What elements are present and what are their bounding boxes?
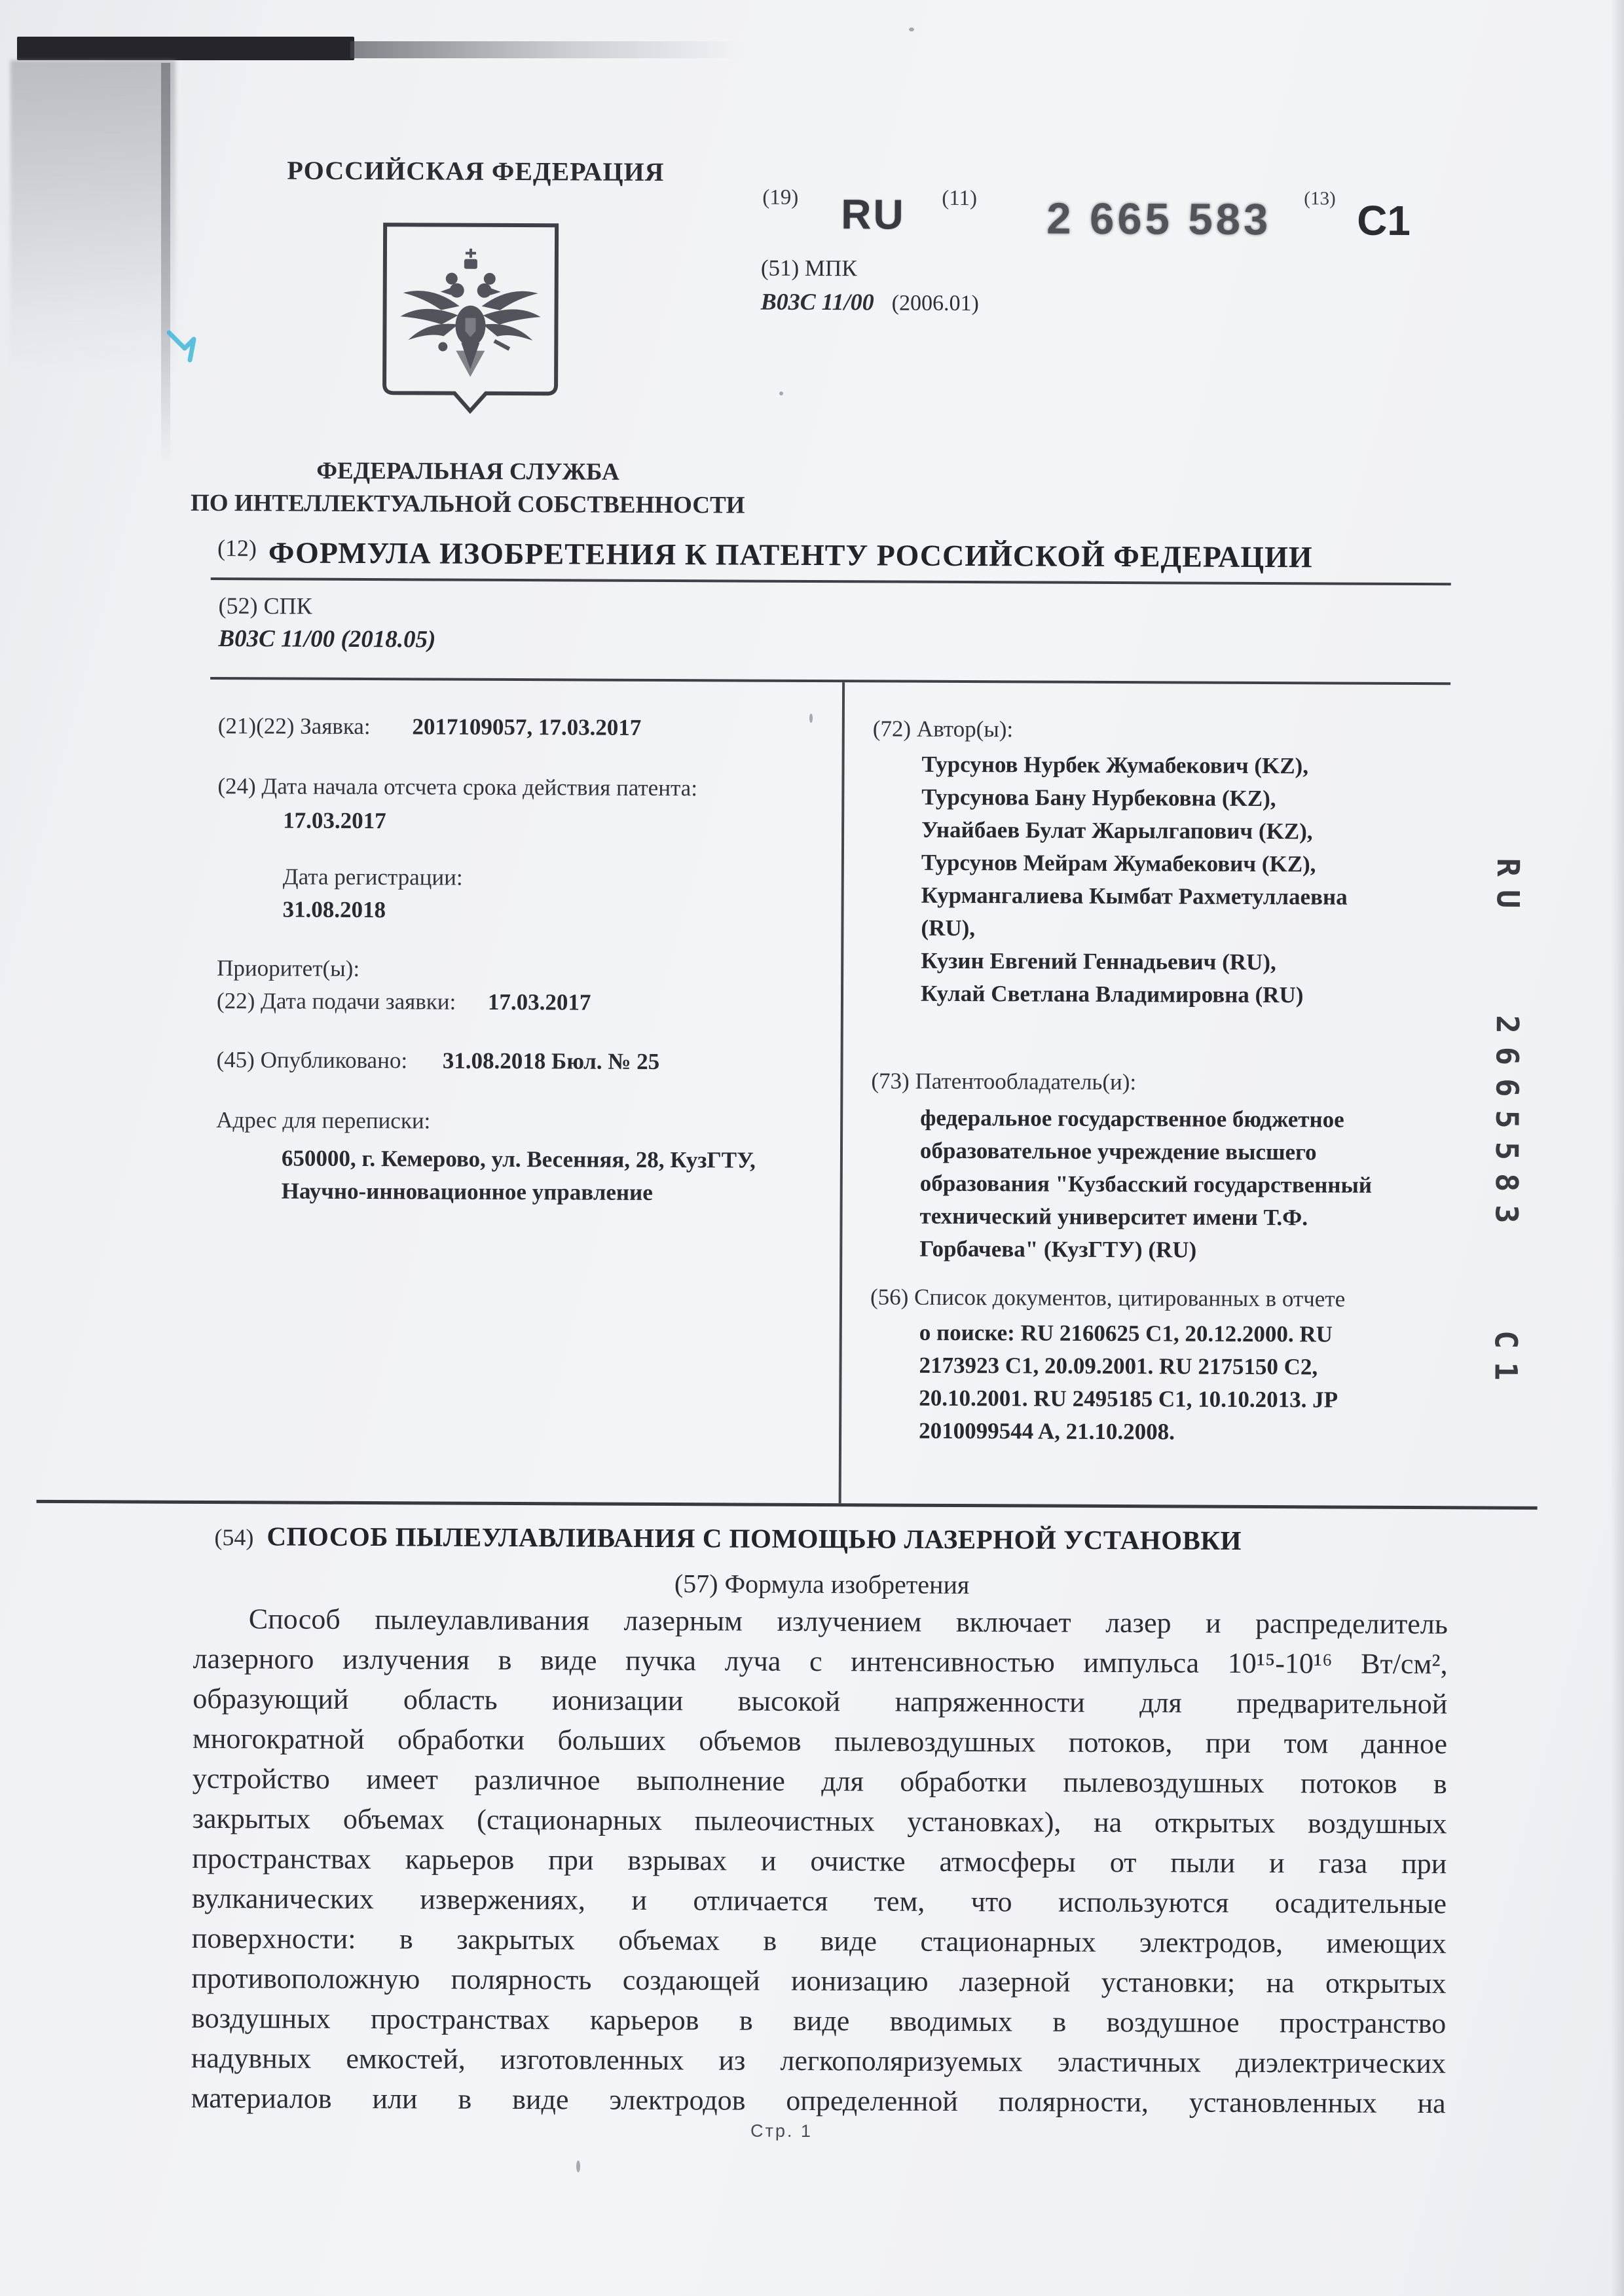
author-item: Курмангалиева Кымбат Рахметуллаевна bbox=[921, 879, 1348, 914]
formula-line: многократной обработки больших объемов п… bbox=[193, 1719, 1447, 1764]
registration-label: Дата регистрации: bbox=[283, 862, 463, 892]
ipc-class: B03C 11/00 bbox=[761, 289, 874, 316]
filing-row: (22) Дата подачи заявки: 17.03.2017 bbox=[217, 986, 591, 1017]
cited-line: 20.10.2001. RU 2495185 C1, 10.10.2013. J… bbox=[919, 1382, 1338, 1417]
filing-value: 17.03.2017 bbox=[488, 989, 591, 1015]
country-code: RU bbox=[841, 190, 906, 238]
address-line: 650000, г. Кемерово, ул. Весенняя, 28, К… bbox=[282, 1143, 756, 1175]
document-kind-title: (12) ФОРМУЛА ИЗОБРЕТЕНИЯ К ПАТЕНТУ РОССИ… bbox=[217, 534, 1462, 575]
inid-code-12: (12) bbox=[217, 535, 257, 561]
claims-body: Способ пылеулавливания лазерным излучени… bbox=[191, 1599, 1448, 2123]
claims-heading: (57) Формула изобретения bbox=[194, 1566, 1449, 1602]
patent-number: 2 665 583 bbox=[1046, 194, 1271, 245]
formula-line: устройство имеет различное выполнение дл… bbox=[193, 1758, 1447, 1804]
formula-line: материалов или в виде электродов определ… bbox=[191, 2078, 1446, 2123]
agency-title: ФЕДЕРАЛЬНАЯ СЛУЖБА ПО ИНТЕЛЛЕКТУАЛЬНОЙ С… bbox=[160, 454, 775, 522]
filing-label: (22) Дата подачи заявки: bbox=[217, 988, 456, 1015]
kind-code: C1 bbox=[1357, 196, 1411, 245]
country-title: РОССИЙСКАЯ ФЕДЕРАЦИЯ bbox=[286, 155, 665, 187]
horizontal-rule bbox=[37, 1500, 1538, 1510]
agency-line1: ФЕДЕРАЛЬНАЯ СЛУЖБА bbox=[160, 454, 775, 490]
author-item: Унайбаев Булат Жарылгапович (KZ), bbox=[921, 814, 1348, 848]
author-item: Турсунов Нурбек Жумабекович (KZ), bbox=[921, 748, 1348, 783]
formula-line: надувных емкостей, изготовленных из легк… bbox=[191, 2038, 1446, 2083]
application-label: (21)(22) Заявка: bbox=[218, 713, 371, 739]
holder-lines: федеральное государственное бюджетное об… bbox=[919, 1102, 1372, 1267]
formula-line: противоположную полярность создающей ион… bbox=[191, 1958, 1446, 2003]
address-line: Научно-инновационное управление bbox=[282, 1176, 653, 1207]
horizontal-rule bbox=[210, 677, 1450, 685]
authors-list: Турсунов Нурбек Жумабекович (KZ), Турсун… bbox=[921, 748, 1348, 1012]
term-start-label: (24) Дата начала отсчета срока действия … bbox=[217, 771, 697, 803]
side-patent-code: RU 2665583 C1 bbox=[1485, 772, 1528, 1479]
ipc-classification: B03C 11/00 (2006.01) bbox=[761, 288, 979, 316]
authors-label: (72) Автор(ы): bbox=[873, 714, 1014, 744]
formula-line: пространствах карьеров при взрывах и очи… bbox=[192, 1838, 1447, 1884]
coat-of-arms-icon bbox=[378, 221, 563, 419]
formula-line: лазерного излучения в виде пучка луча с … bbox=[193, 1639, 1447, 1684]
formula-line: Способ пылеулавливания лазерным излучени… bbox=[193, 1599, 1448, 1644]
holder-line: образовательное учреждение высшего bbox=[920, 1135, 1372, 1169]
author-item: Кулай Светлана Владимировна (RU) bbox=[921, 977, 1347, 1012]
holder-line: федеральное государственное бюджетное bbox=[920, 1102, 1372, 1137]
formula-line: воздушных пространствах карьеров в виде … bbox=[191, 1998, 1446, 2043]
invention-title-row: (54) СПОСОБ ПЫЛЕУЛАВЛИВАНИЯ С ПОМОЩЬЮ ЛА… bbox=[214, 1520, 1242, 1556]
holder-line: технический университет имени Т.Ф. bbox=[919, 1200, 1371, 1235]
published-row: (45) Опубликовано: 31.08.2018 Бюл. № 25 bbox=[216, 1045, 659, 1077]
spk-value: B03C 11/00 (2018.05) bbox=[218, 625, 435, 653]
ipc-version: (2006.01) bbox=[892, 291, 979, 316]
patent-document-page: РОССИЙСКАЯ ФЕДЕРАЦИЯ bbox=[0, 0, 1624, 2296]
author-item: Турсунов Мейрам Жумабекович (KZ), bbox=[921, 847, 1348, 881]
cited-line: о поиске: RU 2160625 C1, 20.12.2000. RU bbox=[919, 1317, 1338, 1351]
registration-value: 31.08.2018 bbox=[282, 894, 386, 925]
published-value: 31.08.2018 Бюл. № 25 bbox=[443, 1048, 659, 1074]
agency-line2: ПО ИНТЕЛЛЕКТУАЛЬНОЙ СОБСТВЕННОСТИ bbox=[160, 487, 775, 522]
formula-line: закрытых объемах (стационарных пылеочист… bbox=[192, 1798, 1447, 1844]
cited-label: (56) Список документов, цитированных в о… bbox=[870, 1282, 1345, 1314]
spk-label: (52) СПК bbox=[219, 591, 312, 621]
ipc-label: (51) МПК bbox=[761, 255, 857, 282]
page-number: Стр. 1 bbox=[192, 2119, 1371, 2144]
formula-line: вулканических извержениях, и отличается … bbox=[192, 1878, 1447, 1923]
term-start-value: 17.03.2017 bbox=[283, 805, 386, 836]
column-divider bbox=[839, 682, 845, 1503]
document-kind-text: ФОРМУЛА ИЗОБРЕТЕНИЯ К ПАТЕНТУ РОССИЙСКОЙ… bbox=[268, 536, 1313, 574]
formula-line: образующий область ионизации высокой нап… bbox=[193, 1679, 1447, 1724]
priority-label: Приоритет(ы): bbox=[217, 953, 360, 984]
author-item: (RU), bbox=[921, 912, 1347, 947]
formula-line: поверхности: в закрытых объемах в виде с… bbox=[192, 1918, 1447, 1963]
inid-code-13: (13) bbox=[1304, 188, 1335, 210]
holder-label: (73) Патентообладатель(и): bbox=[871, 1066, 1136, 1097]
inid-code-54: (54) bbox=[214, 1524, 253, 1550]
author-item: Кузин Евгений Геннадьевич (RU), bbox=[921, 945, 1347, 979]
application-value: 2017109057, 17.03.2017 bbox=[412, 714, 641, 740]
cited-line: 2173923 C1, 20.09.2001. RU 2175150 C2, bbox=[919, 1349, 1338, 1384]
inid-code-19: (19) bbox=[762, 186, 798, 210]
author-item: Турсунова Бану Нурбековна (KZ), bbox=[921, 781, 1348, 816]
cited-lines: о поиске: RU 2160625 C1, 20.12.2000. RU … bbox=[919, 1317, 1338, 1449]
holder-line: образования "Кузбасский государственный bbox=[920, 1167, 1372, 1202]
address-label: Адрес для переписки: bbox=[216, 1105, 430, 1136]
horizontal-rule bbox=[211, 577, 1451, 585]
holder-line: Горбачева" (КузГТУ) (RU) bbox=[919, 1233, 1371, 1267]
cited-line: 2010099544 A, 21.10.2008. bbox=[919, 1415, 1338, 1449]
invention-title: СПОСОБ ПЫЛЕУЛАВЛИВАНИЯ С ПОМОЩЬЮ ЛАЗЕРНО… bbox=[267, 1521, 1242, 1555]
application-row: (21)(22) Заявка: 2017109057, 17.03.2017 bbox=[218, 711, 642, 743]
inid-code-11: (11) bbox=[942, 187, 977, 211]
published-label: (45) Опубликовано: bbox=[216, 1047, 407, 1073]
